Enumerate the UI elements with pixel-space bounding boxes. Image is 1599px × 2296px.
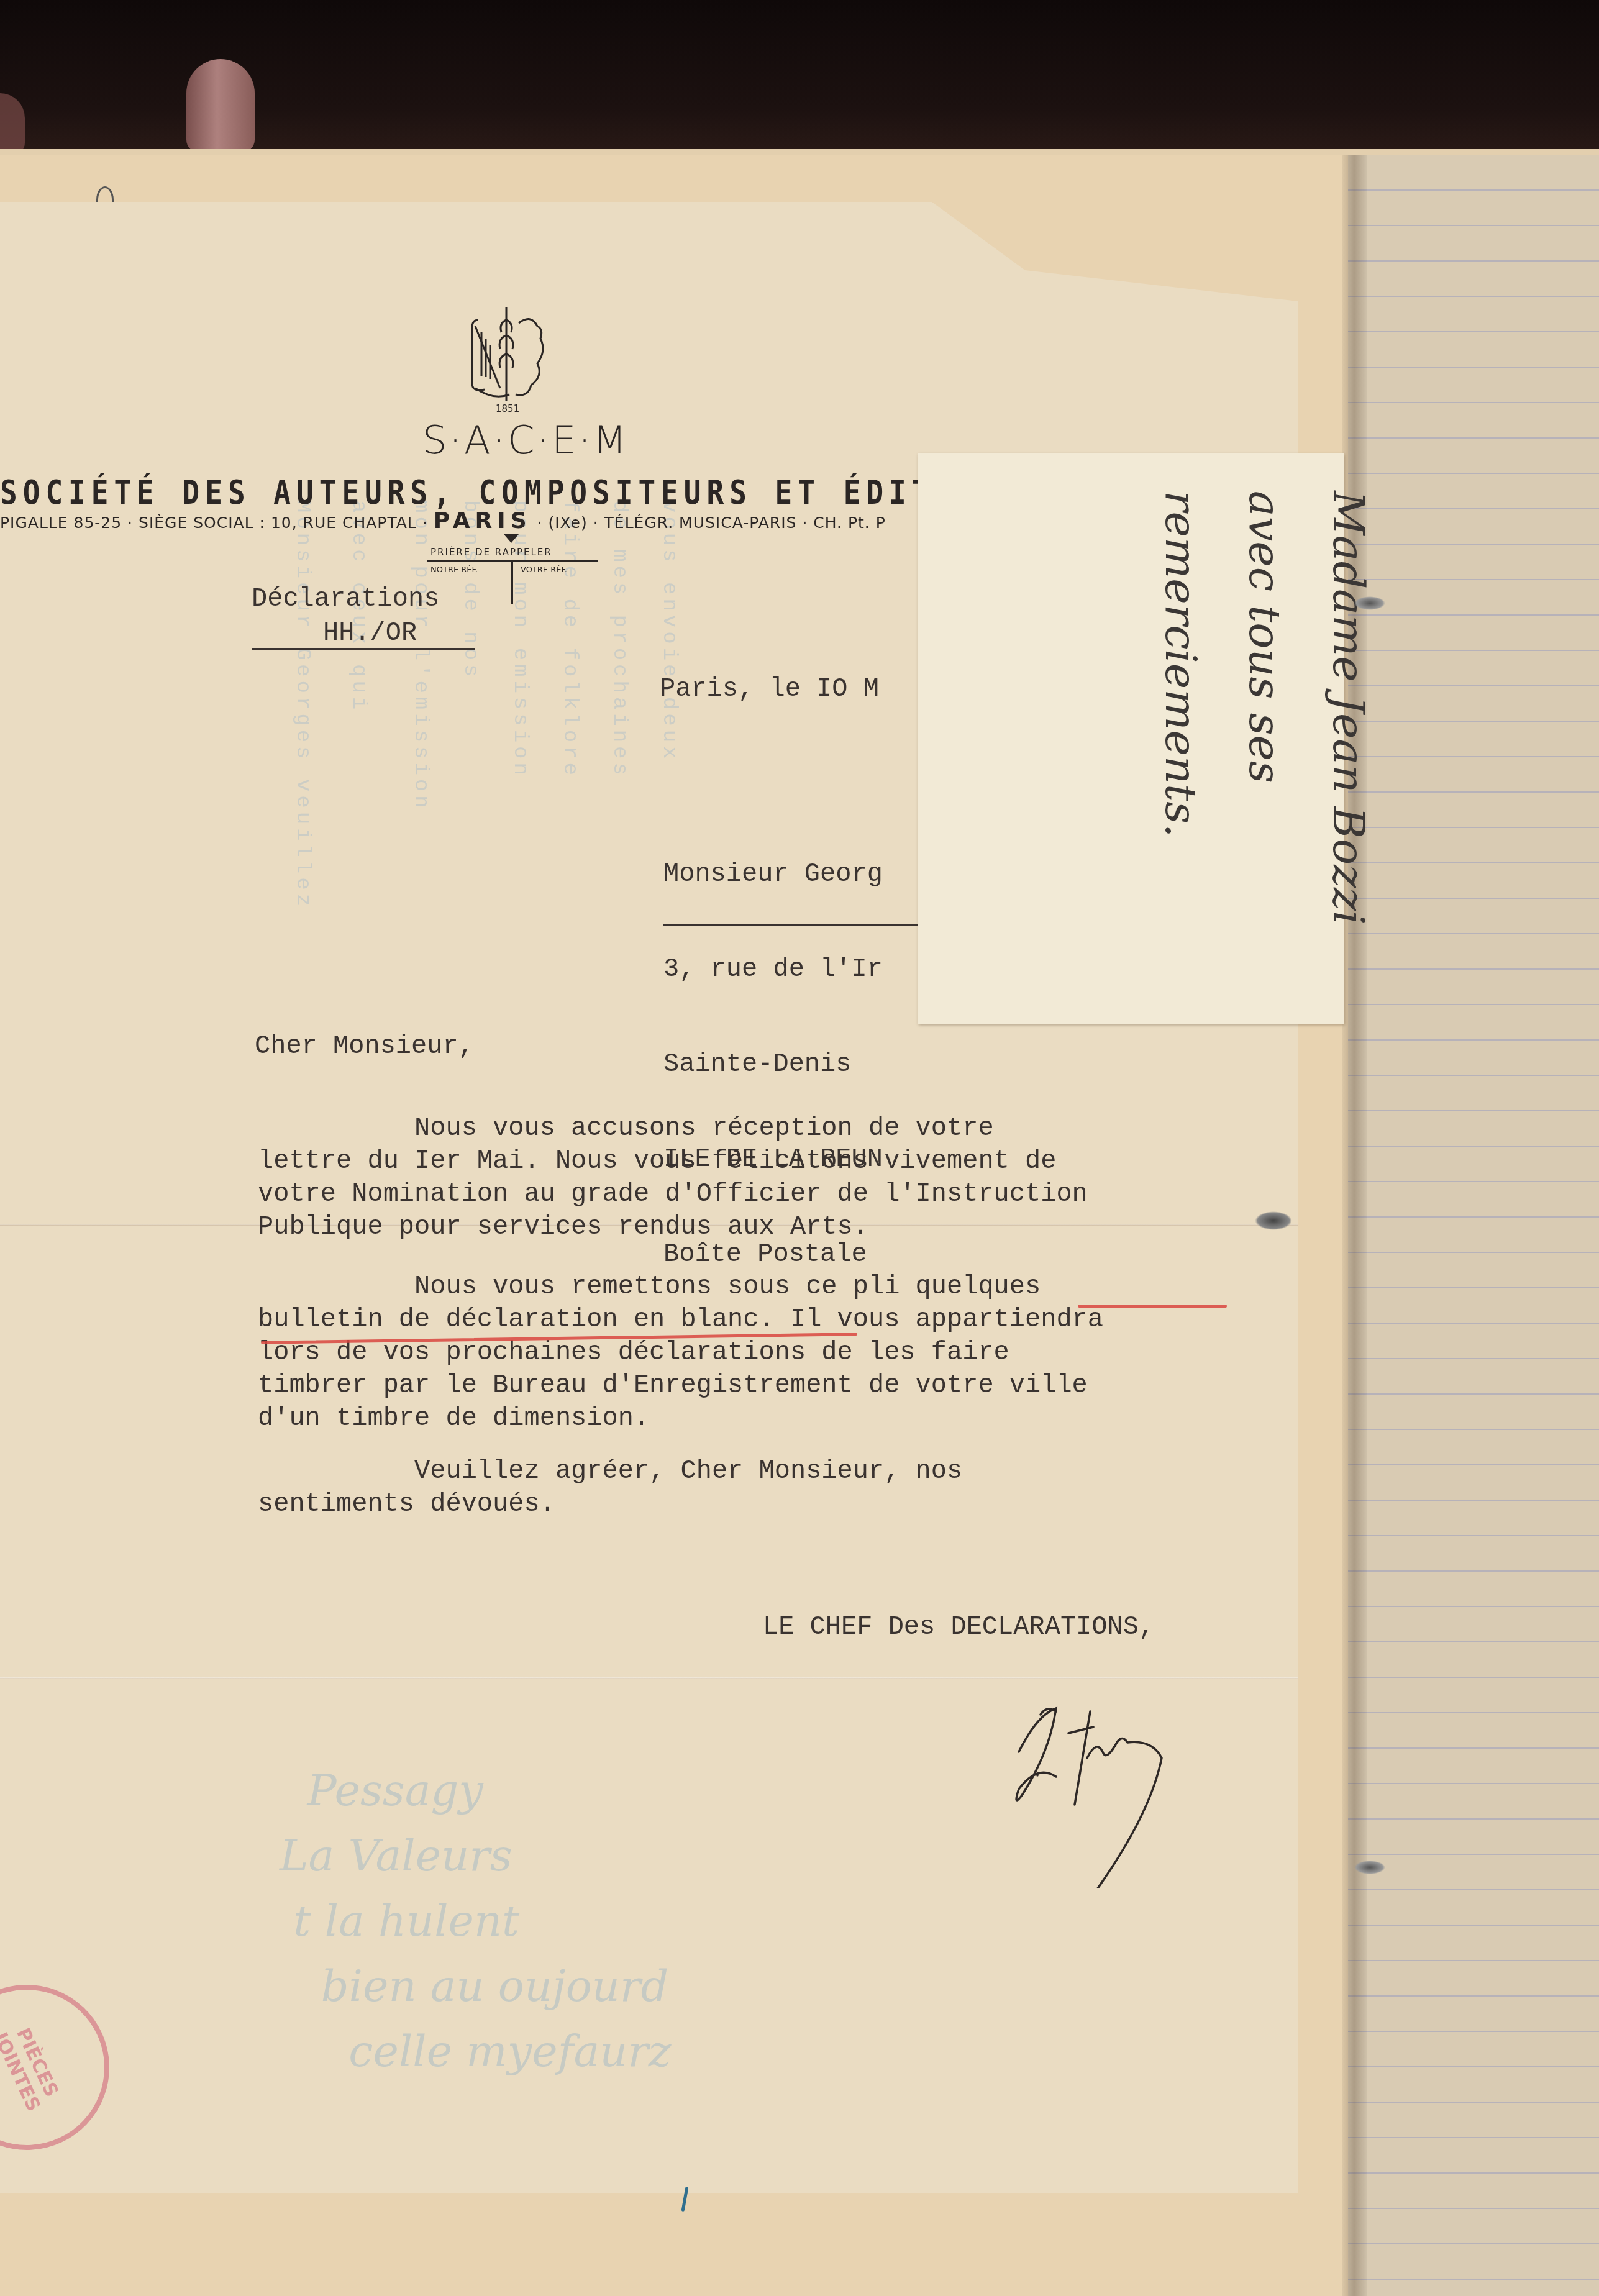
spine-shadow <box>1342 155 1367 2296</box>
finger <box>186 59 255 152</box>
paragraph: Nous vous remettons sous ce pli quelques… <box>258 1270 1103 1435</box>
recipient-line: Sainte-Denis <box>663 1049 883 1080</box>
our-ref-label: NOTRE RÉF. <box>430 565 478 575</box>
divider <box>511 560 513 604</box>
fold-line <box>0 1677 1298 1679</box>
department: Déclarations <box>252 584 439 614</box>
card-note: Madame Jean Bozzi avec tous ses remercie… <box>1139 491 1390 924</box>
svg-text:1851: 1851 <box>496 403 519 413</box>
ruled-page <box>1348 155 1599 2296</box>
salutation: Cher Monsieur, <box>255 1031 474 1061</box>
underline <box>663 924 924 926</box>
address-left: PIGALLE 85-25 · SIÈGE SOCIAL : 10, RUE C… <box>0 514 434 532</box>
pencil-notes: Pessagy La Valeurs t la hulent bien au o… <box>280 1758 777 2084</box>
address-city: PARIS <box>434 508 532 534</box>
recipient-line: Monsieur Georg <box>663 859 883 890</box>
date-line: Paris, le IO M <box>660 674 879 704</box>
reference-code: HH./OR <box>323 618 417 648</box>
binder-clip <box>1255 1211 1292 1230</box>
sacem-logo-icon: 1851 <box>447 301 565 413</box>
binder-clip <box>1354 596 1385 610</box>
your-ref-label: VOTRE RÉF. <box>521 565 567 575</box>
signature <box>975 1690 1236 1888</box>
address-right: · (IXe) · TÉLÉGR. MUSICA-PARIS · CH. Pt.… <box>532 514 886 532</box>
paragraph: Nous vous accusons réception de votre le… <box>258 1112 1088 1244</box>
underline <box>252 648 475 650</box>
triangle-marker-icon <box>504 534 519 543</box>
handwritten-card: Madame Jean Bozzi avec tous ses remercie… <box>918 453 1344 1024</box>
brand-name: S·A·C·E·M <box>422 417 629 463</box>
recipient-line: 3, rue de l'Ir <box>663 954 883 985</box>
reference-box: PRIÈRE DE RAPPELER NOTRE RÉF. VOTRE RÉF. <box>427 534 598 603</box>
letterhead-address: PIGALLE 85-25 · SIÈGE SOCIAL : 10, RUE C… <box>0 508 886 534</box>
red-underline <box>1078 1305 1227 1308</box>
paragraph: Veuillez agréer, Cher Monsieur, nos sent… <box>258 1455 962 1521</box>
reference-prompt: PRIÈRE DE RAPPELER <box>430 547 552 558</box>
binder-clip <box>1354 1861 1385 1874</box>
signoff: LE CHEF Des DECLARATIONS, <box>763 1612 1154 1642</box>
